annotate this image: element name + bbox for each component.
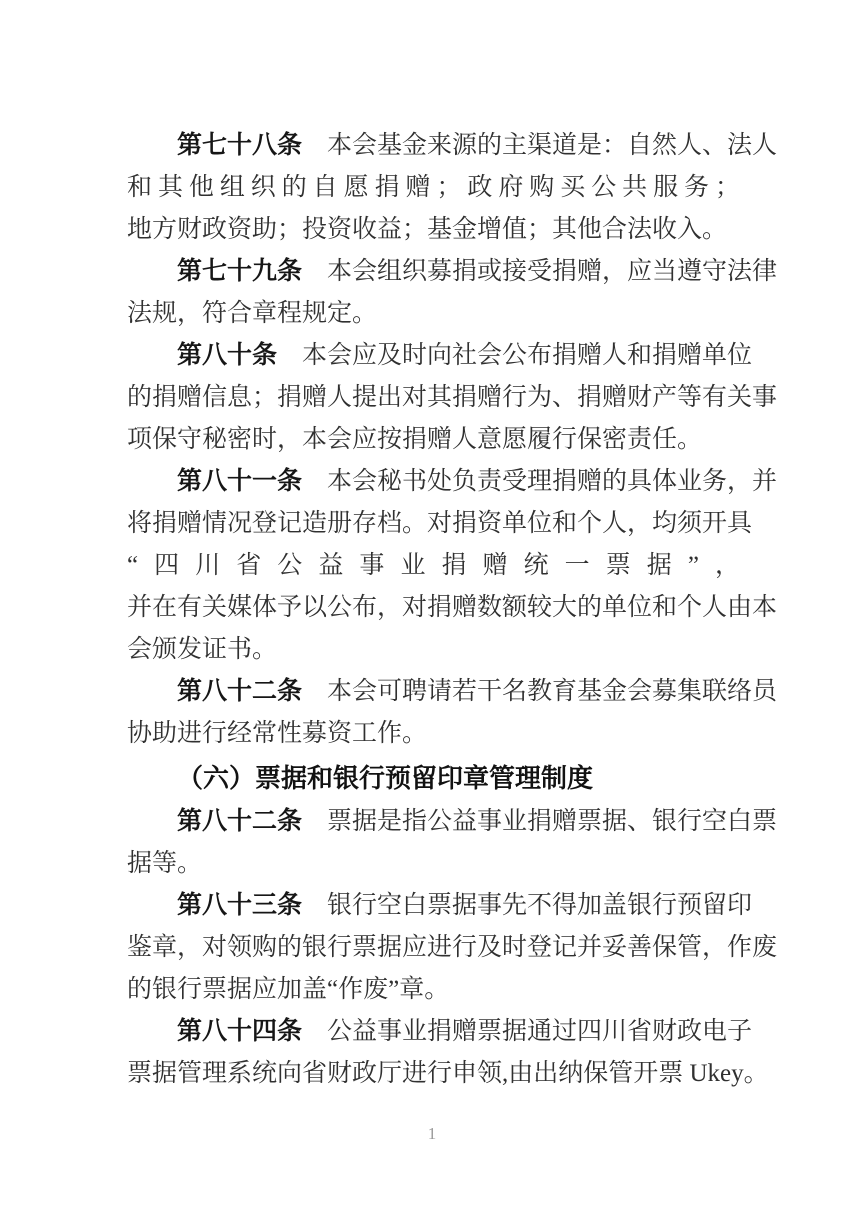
- line-text: 鉴章，对领购的银行票据应进行及时登记并妥善保管，作废: [127, 934, 777, 961]
- doc-line: 票据管理系统向省财政厅进行申领,由出纳保管开票 Ukey。: [127, 1053, 740, 1095]
- doc-line: 将捐赠情况登记造册存档。对捐资单位和个人，均须开具: [127, 503, 740, 545]
- doc-line: 鉴章，对领购的银行票据应进行及时登记并妥善保管，作废: [127, 927, 740, 969]
- article-number: 第八十四条: [177, 1018, 302, 1045]
- line-text: “四川省公益事业捐赠统一票据”，: [127, 552, 740, 579]
- doc-line: 的捐赠信息；捐赠人提出对其捐赠行为、捐赠财产等有关事: [127, 377, 740, 419]
- article-number: 第八十二条: [177, 678, 302, 705]
- line-text: 和其他组织的自愿捐赠；政府购买公共服务；: [127, 174, 740, 201]
- doc-line: 第八十二条 票据是指公益事业捐赠票据、银行空白票: [127, 801, 740, 843]
- line-text: 会颁发证书。: [127, 636, 277, 663]
- line-text: 并在有关媒体予以公布，对捐赠数额较大的单位和个人由本: [127, 594, 777, 621]
- doc-line: 第七十八条 本会基金来源的主渠道是：自然人、法人: [127, 125, 740, 167]
- page-number: 1: [0, 1122, 864, 1146]
- article-number: 第八十二条: [177, 808, 302, 835]
- line-text: 项保守秘密时，本会应按捐赠人意愿履行保密责任。: [127, 426, 702, 453]
- doc-line: 第八十四条 公益事业捐赠票据通过四川省财政电子: [127, 1011, 740, 1053]
- article-number: 第七十九条: [177, 258, 302, 285]
- line-text: 法规，符合章程规定。: [127, 300, 377, 327]
- doc-line: 会颁发证书。: [127, 629, 740, 671]
- doc-line: “四川省公益事业捐赠统一票据”，: [127, 545, 740, 587]
- line-text: 公益事业捐赠票据通过四川省财政电子: [302, 1018, 752, 1045]
- article-number: 第七十八条: [177, 132, 302, 159]
- doc-line: 项保守秘密时，本会应按捐赠人意愿履行保密责任。: [127, 419, 740, 461]
- article-number: 第八十条: [177, 342, 277, 369]
- doc-line: 第八十二条 本会可聘请若干名教育基金会募集联络员: [127, 671, 740, 713]
- line-text: 将捐赠情况登记造册存档。对捐资单位和个人，均须开具: [127, 510, 752, 537]
- line-text: 的银行票据应加盖“作废”章。: [127, 976, 449, 1003]
- line-text: 票据管理系统向省财政厅进行申领,由出纳保管开票 Ukey。: [127, 1060, 769, 1087]
- doc-line: 并在有关媒体予以公布，对捐赠数额较大的单位和个人由本: [127, 587, 740, 629]
- doc-line: 协助进行经常性募资工作。: [127, 713, 740, 755]
- doc-line: 地方财政资助；投资收益；基金增值；其他合法收入。: [127, 209, 740, 251]
- doc-line: 据等。: [127, 843, 740, 885]
- doc-line: 和其他组织的自愿捐赠；政府购买公共服务；: [127, 167, 740, 209]
- line-text: 本会秘书处负责受理捐赠的具体业务，并: [302, 468, 777, 495]
- doc-line: 的银行票据应加盖“作废”章。: [127, 969, 740, 1011]
- doc-line: 第七十九条 本会组织募捐或接受捐赠，应当遵守法律: [127, 251, 740, 293]
- line-text: 地方财政资助；投资收益；基金增值；其他合法收入。: [127, 216, 727, 243]
- line-text: 银行空白票据事先不得加盖银行预留印: [302, 892, 752, 919]
- line-text: 本会基金来源的主渠道是：自然人、法人: [302, 132, 777, 159]
- doc-line: 第八十三条 银行空白票据事先不得加盖银行预留印: [127, 885, 740, 927]
- line-text: 据等。: [127, 850, 202, 877]
- doc-line: 法规，符合章程规定。: [127, 293, 740, 335]
- line-text: 票据是指公益事业捐赠票据、银行空白票: [302, 808, 777, 835]
- article-number: 第八十一条: [177, 468, 302, 495]
- document-page: 第七十八条 本会基金来源的主渠道是：自然人、法人 和其他组织的自愿捐赠；政府购买…: [0, 0, 864, 1222]
- line-text: 协助进行经常性募资工作。: [127, 720, 427, 747]
- line-text: 本会可聘请若干名教育基金会募集联络员: [302, 678, 777, 705]
- line-text: 本会应及时向社会公布捐赠人和捐赠单位: [277, 342, 752, 369]
- article-number: 第八十三条: [177, 892, 302, 919]
- document-text-block: 第七十八条 本会基金来源的主渠道是：自然人、法人 和其他组织的自愿捐赠；政府购买…: [127, 125, 740, 1095]
- doc-line: 第八十条 本会应及时向社会公布捐赠人和捐赠单位: [127, 335, 740, 377]
- line-text: 本会组织募捐或接受捐赠，应当遵守法律: [302, 258, 777, 285]
- line-text: 的捐赠信息；捐赠人提出对其捐赠行为、捐赠财产等有关事: [127, 384, 777, 411]
- doc-line: 第八十一条 本会秘书处负责受理捐赠的具体业务，并: [127, 461, 740, 503]
- section-heading: （六）票据和银行预留印章管理制度: [127, 755, 740, 801]
